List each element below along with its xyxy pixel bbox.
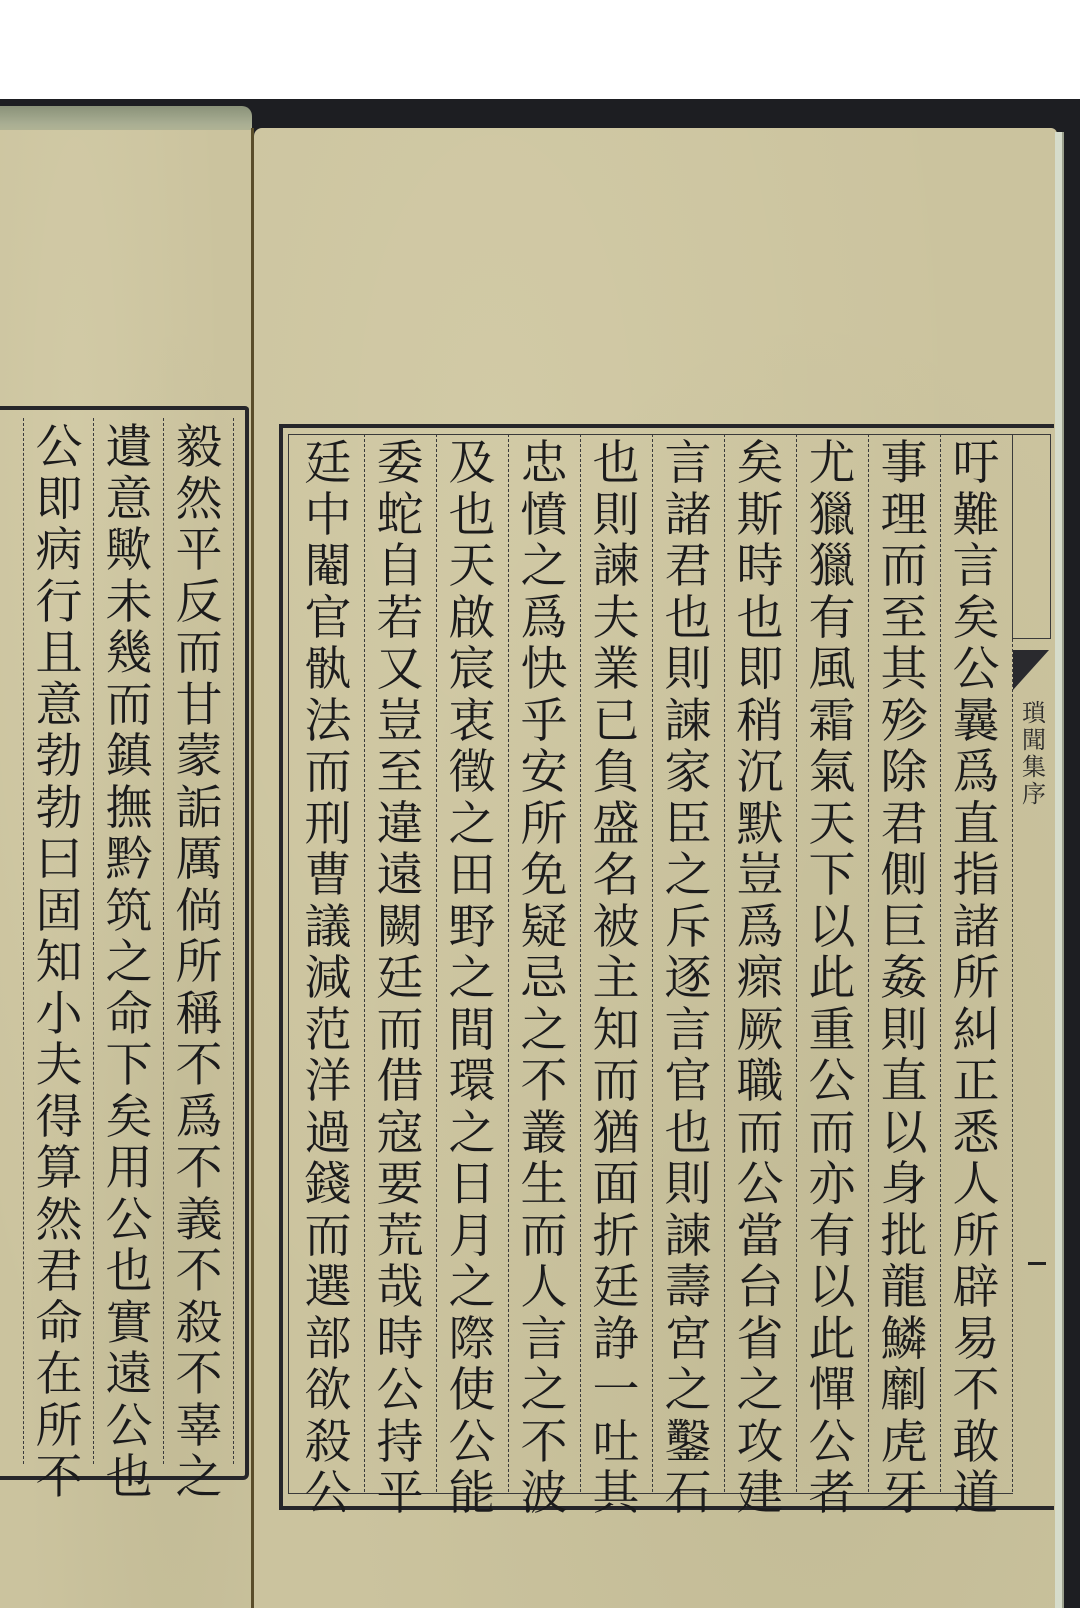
glyph: 不 [176, 1349, 223, 1401]
glyph: 勃 [36, 783, 83, 835]
glyph: 之 [665, 1365, 712, 1417]
right-page-column-1: 吁難言矣公曩爲直指諸所糾正悉人所辟易不敢道 [942, 438, 1010, 1520]
glyph: 批 [881, 1211, 928, 1263]
glyph: 不 [176, 1246, 223, 1298]
column-rule [163, 418, 164, 1464]
glyph: 即 [36, 474, 83, 526]
glyph: 要 [377, 1159, 424, 1211]
glyph: 辟 [953, 1262, 1000, 1314]
glyph: 則 [665, 1159, 712, 1211]
glyph: 生 [521, 1159, 568, 1211]
glyph: 知 [36, 937, 83, 989]
glyph: 遺 [106, 422, 153, 474]
glyph: 爲 [521, 593, 568, 645]
glyph: 野 [449, 902, 496, 954]
glyph: 宸 [449, 644, 496, 696]
column-rule [93, 418, 94, 1464]
glyph: 而 [881, 541, 928, 593]
glyph: 用 [106, 1143, 153, 1195]
right-page-column-9: 委蛇自若又豈至違遠闕廷而借寇要荒哉時公持平 [366, 438, 434, 1520]
left-page-column-2: 遺意歟未幾而鎮撫黔筑之命下矣用公也實遠公也 [95, 422, 163, 1504]
glyph: 而 [305, 1211, 352, 1263]
glyph: 之 [449, 953, 496, 1005]
glyph: 錢 [305, 1159, 352, 1211]
glyph: 固 [36, 886, 83, 938]
glyph: 及 [449, 438, 496, 490]
glyph: 除 [881, 747, 928, 799]
glyph: 選 [305, 1262, 352, 1314]
glyph: 職 [737, 1056, 784, 1108]
glyph: 之 [176, 1452, 223, 1504]
column-rule [940, 434, 941, 1492]
glyph: 猶 [593, 1108, 640, 1160]
glyph: 側 [881, 850, 928, 902]
glyph: 事 [881, 438, 928, 490]
glyph: 所 [953, 953, 1000, 1005]
glyph: 徵 [449, 747, 496, 799]
glyph: 倘 [176, 886, 223, 938]
glyph: 使 [449, 1365, 496, 1417]
glyph: 直 [953, 799, 1000, 851]
glyph: 鑿 [665, 1417, 712, 1469]
glyph: 君 [881, 799, 928, 851]
glyph: 沉 [737, 747, 784, 799]
glyph: 以 [881, 1108, 928, 1160]
glyph: 有 [809, 593, 856, 645]
glyph: 豈 [377, 696, 424, 748]
glyph: 之 [106, 937, 153, 989]
glyph: 矣 [953, 593, 1000, 645]
glyph: 啟 [449, 593, 496, 645]
glyph: 風 [809, 644, 856, 696]
column-rule [724, 434, 725, 1492]
glyph: 公 [305, 1468, 352, 1520]
glyph: 小 [36, 989, 83, 1041]
glyph: 議 [305, 902, 352, 954]
glyph: 得 [36, 1092, 83, 1144]
glyph: 中 [305, 490, 352, 542]
glyph: 不 [176, 1143, 223, 1195]
glyph: 敢 [953, 1417, 1000, 1469]
glyph: 劘 [881, 1365, 928, 1417]
glyph: 稍 [737, 696, 784, 748]
glyph: 蛇 [377, 490, 424, 542]
glyph: 重 [809, 1005, 856, 1057]
glyph: 也 [665, 593, 712, 645]
right-page-column-4: 矣斯時也即稍沉默豈爲瘝厥職而公當台省之攻建 [726, 438, 794, 1520]
glyph: 爲 [176, 1092, 223, 1144]
glyph: 平 [377, 1468, 424, 1520]
glyph: 天 [449, 541, 496, 593]
glyph: 官 [665, 1056, 712, 1108]
glyph: 命 [106, 989, 153, 1041]
glyph: 而 [593, 1056, 640, 1108]
glyph: 瑣 [1022, 700, 1046, 727]
column-rule [436, 434, 437, 1492]
glyph: 之 [521, 1005, 568, 1057]
glyph: 所 [36, 1401, 83, 1453]
glyph: 殺 [305, 1417, 352, 1469]
glyph: 集 [1022, 754, 1046, 781]
glyph: 意 [106, 474, 153, 526]
glyph: 瘝 [737, 953, 784, 1005]
glyph: 其 [881, 644, 928, 696]
right-page-column-10: 廷中閹官骫法而刑曹議減范洋過錢而選部欲殺公 [294, 438, 362, 1520]
glyph: 公 [377, 1365, 424, 1417]
right-page-column-6: 也則諫夫業已負盛名被主知而猶面折廷諍一吐其 [582, 438, 650, 1520]
fish-tail-upper-box [1012, 434, 1051, 639]
glyph: 序 [1022, 781, 1046, 808]
glyph: 稱 [176, 989, 223, 1041]
glyph: 斥 [665, 902, 712, 954]
glyph: 家 [665, 747, 712, 799]
glyph: 荒 [377, 1211, 424, 1263]
glyph: 道 [953, 1468, 1000, 1520]
glyph: 有 [809, 1211, 856, 1263]
glyph: 波 [521, 1468, 568, 1520]
glyph: 憚 [809, 1365, 856, 1417]
glyph: 辜 [176, 1401, 223, 1453]
glyph: 法 [305, 696, 352, 748]
glyph: 在 [36, 1349, 83, 1401]
glyph: 則 [881, 1005, 928, 1057]
glyph: 之 [449, 1262, 496, 1314]
glyph: 算 [36, 1143, 83, 1195]
glyph: 減 [305, 953, 352, 1005]
glyph: 刑 [305, 799, 352, 851]
glyph: 毅 [176, 422, 223, 474]
glyph: 遠 [106, 1349, 153, 1401]
glyph: 易 [953, 1314, 1000, 1366]
glyph: 委 [377, 438, 424, 490]
glyph: 撫 [106, 783, 153, 835]
glyph: 也 [106, 1452, 153, 1504]
glyph: 逐 [665, 953, 712, 1005]
glyph: 此 [809, 953, 856, 1005]
glyph: 借 [377, 1056, 424, 1108]
glyph: 下 [809, 850, 856, 902]
glyph: 然 [36, 1195, 83, 1247]
glyph: 鱗 [881, 1314, 928, 1366]
glyph: 霜 [809, 696, 856, 748]
glyph: 而 [377, 1005, 424, 1057]
glyph: 諸 [953, 902, 1000, 954]
glyph: 面 [593, 1159, 640, 1211]
glyph: 糾 [953, 1005, 1000, 1057]
glyph: 人 [521, 1262, 568, 1314]
glyph: 也 [665, 1108, 712, 1160]
glyph: 殄 [881, 696, 928, 748]
column-rule [796, 434, 797, 1492]
glyph: 公 [106, 1401, 153, 1453]
glyph: 吐 [593, 1417, 640, 1469]
glyph: 一 [593, 1365, 640, 1417]
glyph: 日 [449, 1159, 496, 1211]
glyph: 寇 [377, 1108, 424, 1160]
glyph: 欲 [305, 1365, 352, 1417]
glyph: 官 [305, 593, 352, 645]
glyph: 之 [737, 1365, 784, 1417]
glyph: 爲 [953, 747, 1000, 799]
glyph: 甘 [176, 680, 223, 732]
glyph: 免 [521, 850, 568, 902]
glyph: 此 [809, 1314, 856, 1366]
glyph: 洋 [305, 1056, 352, 1108]
glyph: 名 [593, 850, 640, 902]
glyph: 言 [521, 1314, 568, 1366]
column-rule [508, 434, 509, 1492]
glyph: 以 [809, 1262, 856, 1314]
right-page-column-5: 言諸君也則諫家臣之斥逐言官也則諫壽宮之鑿石 [654, 438, 722, 1520]
glyph: 意 [36, 680, 83, 732]
glyph: 不 [36, 1452, 83, 1504]
glyph: 間 [449, 1005, 496, 1057]
glyph: 叢 [521, 1108, 568, 1160]
glyph: 平 [176, 525, 223, 577]
glyph: 不 [521, 1417, 568, 1469]
glyph: 忌 [521, 953, 568, 1005]
glyph: 諫 [593, 541, 640, 593]
glyph: 公 [106, 1195, 153, 1247]
glyph: 也 [737, 593, 784, 645]
glyph: 所 [176, 937, 223, 989]
glyph: 衷 [449, 696, 496, 748]
book-gutter [251, 128, 254, 1608]
glyph: 而 [809, 1108, 856, 1160]
glyph: 厲 [176, 834, 223, 886]
glyph: 月 [449, 1211, 496, 1263]
glyph: 然 [176, 474, 223, 526]
glyph: 而 [176, 628, 223, 680]
glyph: 夫 [593, 593, 640, 645]
glyph: 聞 [1022, 727, 1046, 754]
glyph: 盛 [593, 799, 640, 851]
glyph: 公 [953, 644, 1000, 696]
glyph: 而 [106, 680, 153, 732]
glyph: 正 [953, 1056, 1000, 1108]
glyph: 曩 [953, 696, 1000, 748]
glyph: 乎 [521, 696, 568, 748]
glyph: 未 [106, 577, 153, 629]
glyph: 田 [449, 850, 496, 902]
glyph: 夫 [36, 1040, 83, 1092]
glyph: 也 [593, 438, 640, 490]
glyph: 人 [953, 1159, 1000, 1211]
glyph: 吁 [953, 438, 1000, 490]
glyph: 而 [305, 747, 352, 799]
column-rule [233, 418, 234, 1464]
glyph: 閹 [305, 541, 352, 593]
glyph: 厥 [737, 1005, 784, 1057]
glyph: 遠 [377, 850, 424, 902]
right-page-edge [1055, 132, 1064, 1608]
glyph: 自 [377, 541, 424, 593]
glyph: 廷 [377, 953, 424, 1005]
glyph: 持 [377, 1417, 424, 1469]
glyph: 則 [665, 644, 712, 696]
glyph: 詬 [176, 783, 223, 835]
glyph: 其 [593, 1468, 640, 1520]
glyph: 際 [449, 1314, 496, 1366]
glyph: 獵 [809, 541, 856, 593]
glyph: 反 [176, 577, 223, 629]
glyph: 憤 [521, 490, 568, 542]
glyph: 諫 [665, 1211, 712, 1263]
glyph: 姦 [881, 953, 928, 1005]
glyph: 爲 [737, 902, 784, 954]
glyph: 矣 [737, 438, 784, 490]
glyph: 宮 [665, 1314, 712, 1366]
glyph: 理 [881, 490, 928, 542]
glyph: 當 [737, 1211, 784, 1263]
glyph: 公 [809, 1417, 856, 1469]
column-rule [868, 434, 869, 1492]
glyph: 而 [737, 1108, 784, 1160]
column-rule [364, 434, 365, 1492]
glyph: 難 [953, 490, 1000, 542]
folio-number [1028, 1262, 1046, 1265]
glyph: 之 [449, 1108, 496, 1160]
glyph: 時 [377, 1314, 424, 1366]
glyph: 公 [36, 422, 83, 474]
glyph: 巨 [881, 902, 928, 954]
glyph: 至 [881, 593, 928, 645]
glyph: 病 [36, 525, 83, 577]
glyph: 若 [377, 593, 424, 645]
glyph: 尤 [809, 438, 856, 490]
glyph: 以 [809, 902, 856, 954]
glyph: 已 [593, 696, 640, 748]
glyph: 也 [106, 1246, 153, 1298]
glyph: 行 [36, 577, 83, 629]
glyph: 公 [809, 1056, 856, 1108]
glyph: 之 [449, 799, 496, 851]
glyph: 臣 [665, 799, 712, 851]
glyph: 之 [665, 850, 712, 902]
glyph: 君 [36, 1246, 83, 1298]
glyph: 建 [737, 1468, 784, 1520]
glyph: 下 [106, 1040, 153, 1092]
glyph: 又 [377, 644, 424, 696]
glyph: 快 [521, 644, 568, 696]
glyph: 言 [665, 438, 712, 490]
glyph: 省 [737, 1314, 784, 1366]
glyph: 至 [377, 747, 424, 799]
glyph: 知 [593, 1005, 640, 1057]
glyph: 言 [665, 1005, 712, 1057]
glyph: 勃 [36, 731, 83, 783]
glyph: 環 [449, 1056, 496, 1108]
glyph: 忠 [521, 438, 568, 490]
glyph: 公 [737, 1159, 784, 1211]
glyph: 所 [953, 1211, 1000, 1263]
glyph: 義 [176, 1195, 223, 1247]
glyph: 范 [305, 1005, 352, 1057]
glyph: 哉 [377, 1262, 424, 1314]
glyph: 實 [106, 1298, 153, 1350]
glyph: 違 [377, 799, 424, 851]
glyph: 獵 [809, 490, 856, 542]
glyph: 虎 [881, 1417, 928, 1469]
glyph: 即 [737, 644, 784, 696]
left-page-column-1: 毅然平反而甘蒙詬厲倘所稱不爲不義不殺不辜之 [165, 422, 233, 1504]
glyph: 者 [809, 1468, 856, 1520]
glyph: 歟 [106, 525, 153, 577]
glyph: 且 [36, 628, 83, 680]
glyph: 過 [305, 1108, 352, 1160]
glyph: 被 [593, 902, 640, 954]
glyph: 悉 [953, 1108, 1000, 1160]
glyph: 黔 [106, 834, 153, 886]
glyph: 矣 [106, 1092, 153, 1144]
glyph: 壽 [665, 1262, 712, 1314]
glyph: 攻 [737, 1417, 784, 1469]
column-rule [652, 434, 653, 1492]
glyph: 指 [953, 850, 1000, 902]
glyph: 石 [665, 1468, 712, 1520]
glyph: 也 [449, 490, 496, 542]
glyph: 命 [36, 1298, 83, 1350]
glyph: 闕 [377, 902, 424, 954]
glyph: 曹 [305, 850, 352, 902]
glyph: 所 [521, 799, 568, 851]
glyph: 廷 [593, 1262, 640, 1314]
glyph: 廷 [305, 438, 352, 490]
right-page-column-7: 忠憤之爲快乎安所免疑忌之不叢生而人言之不波 [510, 438, 578, 1520]
glyph: 主 [593, 953, 640, 1005]
glyph: 亦 [809, 1159, 856, 1211]
glyph: 安 [521, 747, 568, 799]
glyph: 斯 [737, 490, 784, 542]
glyph: 牙 [881, 1468, 928, 1520]
glyph: 公 [449, 1417, 496, 1469]
glyph: 龍 [881, 1262, 928, 1314]
glyph: 而 [521, 1211, 568, 1263]
glyph: 之 [521, 541, 568, 593]
right-page-column-8: 及也天啟宸衷徵之田野之間環之日月之際使公能 [438, 438, 506, 1520]
right-page-column-3: 尤獵獵有風霜氣天下以此重公而亦有以此憚公者 [798, 438, 866, 1520]
glyph: 言 [953, 541, 1000, 593]
glyph: 骫 [305, 644, 352, 696]
glyph: 豈 [737, 850, 784, 902]
glyph: 幾 [106, 628, 153, 680]
glyph: 之 [521, 1365, 568, 1417]
glyph: 負 [593, 747, 640, 799]
glyph: 諫 [665, 696, 712, 748]
glyph: 殺 [176, 1298, 223, 1350]
glyph: 部 [305, 1314, 352, 1366]
glyph: 筑 [106, 886, 153, 938]
glyph: 身 [881, 1159, 928, 1211]
fish-tail-mark-icon [1013, 650, 1049, 690]
glyph: 不 [521, 1056, 568, 1108]
glyph: 台 [737, 1262, 784, 1314]
glyph: 則 [593, 490, 640, 542]
column-rule [23, 418, 24, 1464]
glyph: 蒙 [176, 731, 223, 783]
glyph: 鎮 [106, 731, 153, 783]
glyph: 諸 [665, 490, 712, 542]
glyph: 不 [176, 1040, 223, 1092]
left-page-column-3: 公即病行且意勃勃曰固知小夫得算然君命在所不 [25, 422, 93, 1504]
right-page-column-2: 事理而至其殄除君側巨姦則直以身批龍鱗劘虎牙 [870, 438, 938, 1520]
glyph: 直 [881, 1056, 928, 1108]
glyph: 能 [449, 1468, 496, 1520]
glyph: 不 [953, 1365, 1000, 1417]
glyph: 氣 [809, 747, 856, 799]
glyph: 曰 [36, 834, 83, 886]
glyph: 疑 [521, 902, 568, 954]
